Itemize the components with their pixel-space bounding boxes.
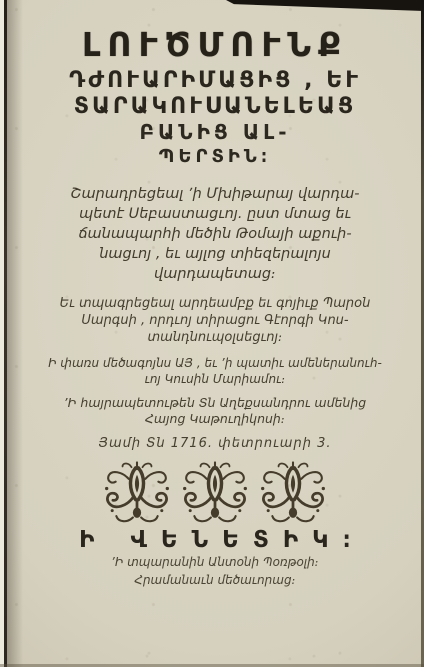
main-title-line-4: ԲԱՆԻՑ ԱԼ- — [14, 120, 416, 145]
scanned-book-page: ԼՈՒԾՄՈՒՆՔ ԴԺՈՒԱՐԻՄԱՑԻՑ , ԵՒ ՏԱՐԱԿՈՒՍԱՆԵԼ… — [0, 0, 424, 667]
author-paragraph-line: նացւոյ , եւ այլոց տիեզերալոյս — [14, 244, 416, 264]
dedication-paragraph: Ի փառս մեծագոյնս ԱՅ , եւ ՚ի պատիւ ամեներ… — [14, 355, 416, 387]
dedication-paragraph-line: ւոյ Կուսին Մարիամու։ — [14, 371, 416, 387]
place-of-printing: Ի ՎԵՆԵՏԻԿ։ — [14, 527, 416, 553]
printing-paragraph-line: Սարգսի , որդւոյ տիրացու Գէորգի Կոս- — [14, 312, 416, 329]
author-paragraph-line: պետէ Սեբաստացւոյ. ըստ մտաց եւ — [14, 204, 416, 224]
printing-paragraph: Եւ տպագրեցեալ արդեամբք եւ գոյիւք Պարօն Ս… — [14, 295, 416, 346]
permission-line: Հրամանաւն մեծաւորաց։ — [14, 573, 416, 587]
printer-imprint-line: ՚Ի տպարանին Անտօնի Պօռթօլի։ — [14, 555, 416, 569]
printing-paragraph-line: տանդնուպօլսեցւոյ։ — [14, 329, 416, 346]
printing-paragraph-line: Եւ տպագրեցեալ արդեամբք եւ գոյիւք Պարօն — [14, 295, 416, 312]
main-title-line-3: ՏԱՐԱԿՈՒՍԱՆԵԼԵԱՑ — [14, 94, 416, 120]
fleuron-ornament-icon — [257, 461, 329, 523]
author-paragraph-line: վարդապետաց։ — [14, 264, 416, 284]
author-paragraph-line: ճանապարհի մեծին Թօմայի աքուի- — [14, 224, 416, 244]
title-page-content: ԼՈՒԾՄՈՒՆՔ ԴԺՈՒԱՐԻՄԱՑԻՑ , ԵՒ ՏԱՐԱԿՈՒՍԱՆԵԼ… — [14, 0, 416, 587]
fleuron-ornament-icon — [179, 461, 251, 523]
publication-date-line: Յամի Տն 1716. փետրուարի 3. — [14, 436, 416, 451]
fleuron-ornament-icon — [101, 461, 173, 523]
author-paragraph-line: Շարադրեցեալ ՚ի Մխիթարայ վարդա- — [14, 184, 416, 204]
dedication-paragraph-line: Ի փառս մեծագոյնս ԱՅ , եւ ՚ի պատիւ ամեներ… — [14, 355, 416, 371]
patriarch-paragraph-line: ՚Ի հայրապետութեն Տն Աղեքսանդրու ամենից — [14, 395, 416, 411]
main-title-line-2: ԴԺՈՒԱՐԻՄԱՑԻՑ , ԵՒ — [14, 67, 416, 94]
main-title-line-5: ՊԵՐՏԻՆ։ — [14, 145, 416, 168]
author-paragraph: Շարադրեցեալ ՚ի Մխիթարայ վարդա- պետէ Սեբա… — [14, 184, 416, 284]
patriarch-paragraph-line: Հայոց Կաթուղիկոսի։ — [14, 411, 416, 427]
ornament-band — [14, 461, 416, 523]
patriarch-paragraph: ՚Ի հայրապետութեն Տն Աղեքսանդրու ամենից Հ… — [14, 395, 416, 427]
main-title-line-1: ԼՈՒԾՄՈՒՆՔ — [14, 26, 416, 64]
